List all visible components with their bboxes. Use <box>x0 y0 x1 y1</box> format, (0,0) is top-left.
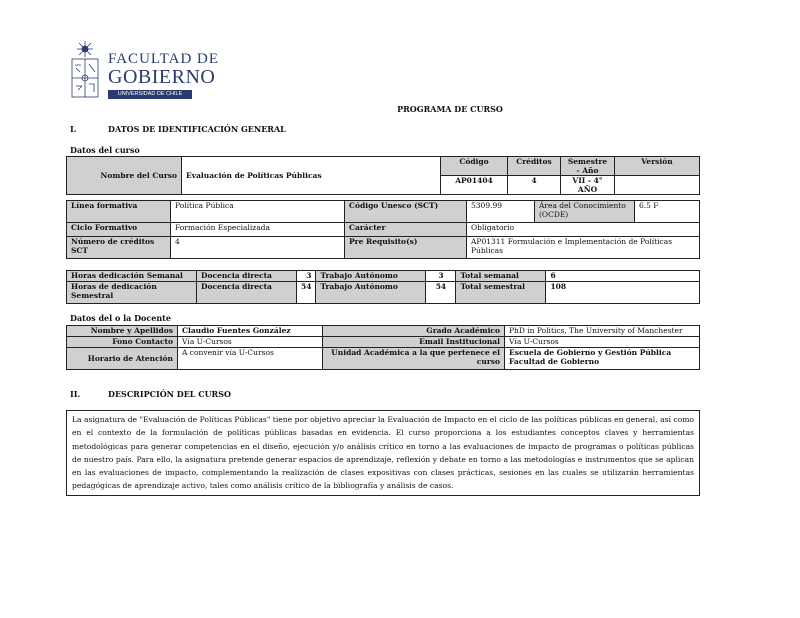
area-conocimiento-label: Área del Conocimiento (OCDE) <box>535 201 635 223</box>
teacher-data-heading: Datos del o la Docente <box>70 313 171 323</box>
teacher-email-label: Email Institucional <box>323 337 505 348</box>
value-version <box>615 176 700 195</box>
hours-table: Horas dedicación Semanal Docencia direct… <box>66 270 700 304</box>
header-codigo: Código <box>441 157 508 176</box>
teacher-unit-value: Escuela de Gobierno y Gestión Pública Fa… <box>505 348 700 370</box>
caracter-value: Obligatorio <box>467 223 700 237</box>
logo-line1: FACULTAD DE <box>108 52 219 67</box>
hours-weekly-label: Horas dedicación Semanal <box>67 271 197 282</box>
caracter-label: Carácter <box>345 223 467 237</box>
course-table: Nombre del Curso Evaluación de Políticas… <box>66 156 700 195</box>
ciclo-formativo-value: Formación Especializada <box>171 223 345 237</box>
linea-formativa-label: Línea formativa <box>67 201 171 223</box>
logo-line2: GOBIERNO <box>108 67 215 87</box>
document-title: PROGRAMA DE CURSO <box>0 104 800 114</box>
section2-heading: II.DESCRIPCIÓN DEL CURSO <box>70 389 231 399</box>
section2-number: II. <box>70 389 108 399</box>
course-name-value: Evaluación de Políticas Públicas <box>182 157 441 195</box>
hours-weekly-total-label: Total semanal <box>456 271 546 282</box>
teacher-email-value: Vía U-Cursos <box>505 337 700 348</box>
hours-semester-docencia-value: 54 <box>297 282 316 304</box>
teacher-hours-value: A convenir vía U-Cursos <box>178 348 323 370</box>
hours-weekly-docencia-value: 3 <box>297 271 316 282</box>
numero-creditos-value: 4 <box>171 237 345 259</box>
hours-semester-total-label: Total semestral <box>456 282 546 304</box>
teacher-unit-line1: Escuela de Gobierno y Gestión Pública <box>509 348 695 357</box>
course-name-label: Nombre del Curso <box>67 157 182 195</box>
teacher-degree-label: Grado Académico <box>323 326 505 337</box>
teacher-unit-label: Unidad Académica a la que pertenece el c… <box>323 348 505 370</box>
linea-formativa-value: Política Pública <box>171 201 345 223</box>
faculty-logo: FACULTAD DE GOBIERNO UNIVERSIDAD DE CHIL… <box>70 40 195 100</box>
value-codigo: AP01404 <box>441 176 508 195</box>
prerequisitos-value: AP01311 Formulación e Implementación de … <box>467 237 700 259</box>
hours-semester-autonomo-value: 54 <box>426 282 456 304</box>
section1-number: I. <box>70 124 108 134</box>
teacher-name-value: Claudio Fuentes González <box>178 326 323 337</box>
course-info-table: Línea formativa Política Pública Código … <box>66 200 700 259</box>
university-crest-icon <box>70 40 100 98</box>
hours-weekly-autonomo-value: 3 <box>426 271 456 282</box>
teacher-hours-label: Horario de Atención <box>67 348 178 370</box>
header-version: Versión <box>615 157 700 176</box>
section1-heading: I.DATOS DE IDENTIFICACIÓN GENERAL <box>70 124 286 134</box>
course-description: La asignatura de "Evaluación de Política… <box>66 410 700 496</box>
value-semestre: VII - 4° AÑO <box>561 176 615 195</box>
hours-weekly-total-value: 6 <box>546 271 700 282</box>
logo-line3: UNIVERSIDAD DE CHILE <box>108 90 192 99</box>
numero-creditos-label: Número de créditos SCT <box>67 237 171 259</box>
header-semestre: Semestre - Año <box>561 157 615 176</box>
hours-weekly-autonomo-label: Trabajo Autónomo <box>316 271 426 282</box>
teacher-table: Nombre y Apellidos Claudio Fuentes Gonzá… <box>66 325 700 370</box>
header-creditos: Créditos <box>508 157 561 176</box>
hours-semester-label: Horas de dedicación Semestral <box>67 282 197 304</box>
teacher-phone-value: Vía U-Cursos <box>178 337 323 348</box>
teacher-degree-value: PhD in Politics, The University of Manch… <box>505 326 700 337</box>
section2-title: DESCRIPCIÓN DEL CURSO <box>108 389 231 399</box>
section1-title: DATOS DE IDENTIFICACIÓN GENERAL <box>108 124 286 134</box>
value-creditos: 4 <box>508 176 561 195</box>
teacher-phone-label: Fono Contacto <box>67 337 178 348</box>
teacher-unit-line2: Facultad de Gobierno <box>509 357 695 366</box>
hours-semester-total-value: 108 <box>546 282 700 304</box>
ciclo-formativo-label: Ciclo Formativo <box>67 223 171 237</box>
codigo-unesco-value: 5309.99 <box>467 201 535 223</box>
codigo-unesco-label: Código Unesco (SCT) <box>345 201 467 223</box>
hours-semester-docencia-label: Docencia directa <box>197 282 297 304</box>
hours-weekly-docencia-label: Docencia directa <box>197 271 297 282</box>
prerequisitos-label: Pre Requisito(s) <box>345 237 467 259</box>
teacher-name-label: Nombre y Apellidos <box>67 326 178 337</box>
course-data-heading: Datos del curso <box>70 145 140 155</box>
hours-semester-autonomo-label: Trabajo Autónomo <box>316 282 426 304</box>
area-conocimiento-value: 6.5 F <box>635 201 700 223</box>
